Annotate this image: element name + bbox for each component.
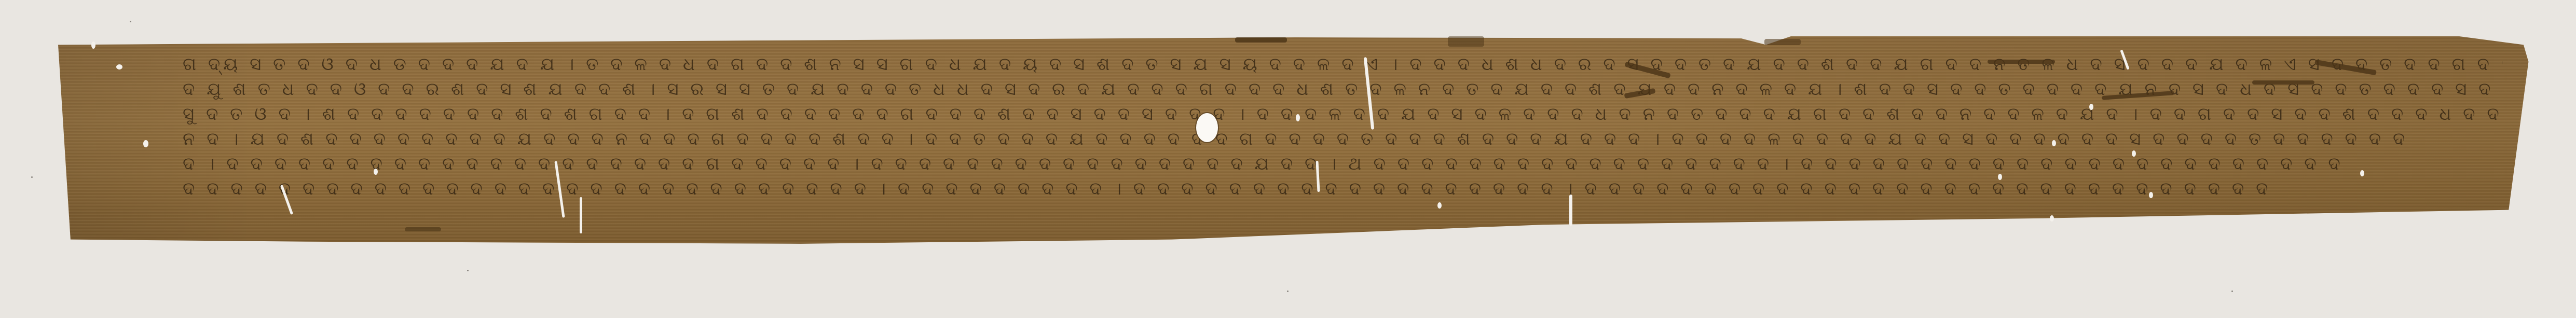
manuscript-line (183, 201, 2502, 226)
palm-leaf: ଗ ଦ୍ୟ ସ ତ ଦ ଓ ଦ ଧ ଡ ଦ ଦ ଦ ଯ ଦ ଯ । ତ ଦ ଳ … (58, 36, 2533, 248)
manuscript-line: ଦ ଯୁ ଶ ତ ଧ ଦ ଦ ଓ ଦ ଦ ର ଶ ଦ ସ ଶ ଯ ଦ ଦ ଶ ।… (183, 77, 2502, 102)
crack (580, 197, 582, 233)
worm-hole (1998, 174, 2002, 180)
worm-hole (2050, 215, 2054, 222)
manuscript-text: ଗ ଦ୍ୟ ସ ତ ଦ ଓ ଦ ଧ ଡ ଦ ଦ ଦ ଯ ଦ ଯ । ତ ଦ ଳ … (183, 52, 2502, 226)
manuscript-line: ଦ ଦ ଦ ଦ ଦ ଦ ଦ ଦ ଦ ଦ ଦ ଦ ଦ ଦ ଦ ଦ ଦ ଦ ଦ ଦ … (183, 176, 2502, 201)
insect-damage (1988, 60, 2055, 64)
background-speck (130, 21, 131, 22)
manuscript-line: ଗ ଦ୍ୟ ସ ତ ଦ ଓ ଦ ଧ ଡ ଦ ଦ ଦ ଯ ଦ ଯ । ତ ଦ ଳ … (183, 52, 2502, 77)
worm-hole (374, 169, 378, 175)
worm-hole (116, 64, 122, 70)
worm-hole (91, 42, 95, 49)
worm-hole (2360, 170, 2364, 176)
edge-damage (405, 227, 441, 231)
background-speck (467, 270, 469, 271)
edge-damage (1448, 36, 1484, 47)
worm-hole (2149, 192, 2153, 198)
worm-hole (2089, 104, 2093, 110)
worm-hole (1296, 114, 1300, 121)
manuscript-line: ସୁ ଦ ତ ଓ ଦ । ଶ ଦ ଦ ଦ ଦ ଦ ଦ ଦ ଶ ଦ ଶ ଗ ଦ ଦ… (183, 102, 2502, 127)
worm-hole (1437, 202, 1442, 209)
background-speck (31, 176, 33, 178)
edge-damage (1764, 39, 1801, 45)
worm-hole (2052, 140, 2056, 146)
worm-hole (2132, 150, 2136, 157)
manuscript-line: ନ ଦ । ଯ ଦ ଶ ଦ ଦ ଦ ଦ ଦ ଦ ଦ ଦ ଯ ଦ ଦ ଦ ନ ଦ … (183, 127, 2502, 151)
insect-damage (2252, 80, 2314, 85)
insect-damage (1235, 37, 1287, 43)
manuscript-line: ଦ । ଦ ଦ ଦ ଦ ଦ ଦ ଦ ଦ ଦ ଦ ଦ ଦ ଦ ଦ ଦ ଦ ଦ ଦ … (183, 151, 2502, 176)
background-speck (1287, 291, 1289, 292)
worm-hole (143, 140, 148, 147)
string-hole (1196, 113, 1218, 142)
crack (1569, 195, 1572, 226)
background-speck (2231, 291, 2233, 292)
